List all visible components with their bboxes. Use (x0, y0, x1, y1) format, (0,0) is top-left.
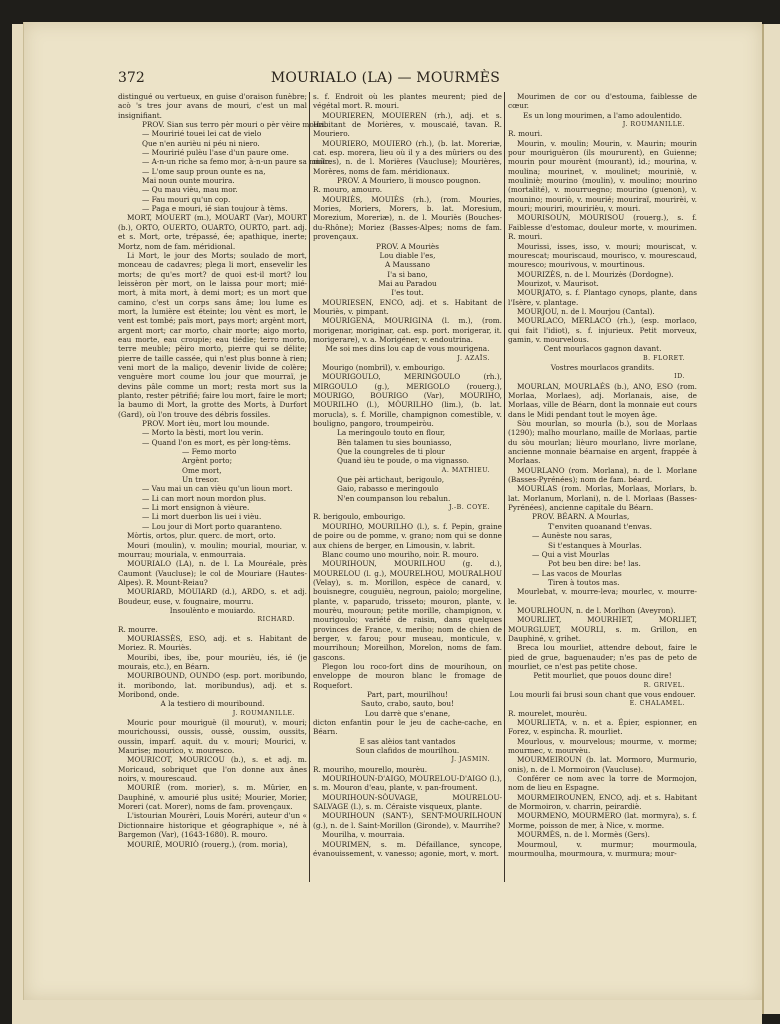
verse-line: Pot beu ben dire: be! las. (508, 559, 697, 568)
dictionary-entry: L'istourian Mourèri, Louis Moréri, auteu… (118, 811, 307, 839)
verse-line: — Li mort ensignon à vièure. (118, 503, 307, 512)
verse-line: — Lou jour di Mort porto quaranteno. (118, 522, 307, 531)
dictionary-entry: MOURIHOUN, MOURILHOU (g. d.), MOURELOU (… (313, 559, 502, 662)
verse-line: I'es tout. (313, 288, 502, 297)
citation-author: B. FLORET. (508, 354, 697, 363)
dictionary-entry: R. mouri. (508, 129, 697, 138)
citation-author: A. MATHIEU. (313, 466, 502, 475)
verse-line: Mai noun ounte mourira. (118, 176, 307, 185)
verse-line: E sas alèios tant vantados (313, 737, 502, 746)
verse-line: PROV. A Mouriès (313, 242, 502, 251)
dictionary-entry: MOURIALO (LA), n. de l. La Mouréale, prè… (118, 559, 307, 587)
dictionary-entry: Mourigo (nombril), v. embourigo. (313, 363, 502, 372)
dictionary-entry: Plegon lou roco-fort dins de mourihoun, … (313, 662, 502, 690)
verse-line: Que la coungreles de ti plour (313, 447, 502, 456)
dictionary-entry: MOURLHOUN, n. de l. Morlhon (Aveyron). (508, 606, 697, 615)
verse-line: — Qu mau vièu, mau mor. (118, 185, 307, 194)
dictionary-entry: MOURLAS (rom. Morlas, Morlaas, Morlars, … (508, 484, 697, 512)
verse-line: — L'ome saup proun ounte es na, (118, 167, 307, 176)
running-title: MOURIALO (LA) — MOURMÈS (271, 70, 500, 86)
verse-line: La meringoulo touto en flour, (313, 428, 502, 437)
dictionary-entry: Breca lou mourliet, attendre debout, fai… (508, 643, 697, 671)
dictionary-entry: MOURIÉ, MOURIÒ (rouerg.), (rom. moria), (118, 840, 307, 849)
verse-line: — Qui a vist Mourlas (508, 550, 697, 559)
dictionary-entry: MOURISOUN, MOURISOU (rouerg.), s. f. Fai… (508, 213, 697, 241)
text-column-2: s. f. Endroit où les plantes meurent; pi… (313, 92, 502, 858)
verse-line: — Aunèste nou saras, (508, 531, 697, 540)
verse-line: Lou diable l'es, (313, 251, 502, 260)
dictionary-entry: R. berigoulo, embourigo. (313, 512, 502, 521)
text-column-1: distingué ou vertueux, en guise d'oraiso… (118, 92, 307, 849)
dictionary-entry: Mouric pour mouriguè (il mourut), v. mou… (118, 718, 307, 755)
dictionary-entry: Mourizot, v. Maurisot. (508, 279, 697, 288)
verse-line: Insoulènto e mouiardo. (118, 606, 307, 615)
verse-line: N'en coumpanson lou rebalun. (313, 494, 502, 503)
verse-line: — Morto la bèsti, mort lou verin. (118, 428, 307, 437)
dictionary-entry: MOURIZÈS, n. de l. Mourizès (Dordogne). (508, 270, 697, 279)
dictionary-entry: MOURICOT, MOURICOU (b.), s. et adj. m. M… (118, 755, 307, 783)
dictionary-entry: MOURMEIROUN (b. lat. Mormoro, Murmurio, … (508, 755, 697, 774)
citation-author: ID. (508, 372, 697, 381)
verse-line: Petit mourliet, que pouos dounc dire! (508, 671, 697, 680)
verse-line: Ome mort, (118, 466, 307, 475)
dictionary-entry: MOURIASSÈS, ESO, adj. et s. Habitant de … (118, 634, 307, 653)
dictionary-entry: Mourimen de cor ou d'estouma, faiblesse … (508, 92, 697, 111)
verse-line: — Femo morto (118, 447, 307, 456)
dictionary-entry: R. mouriho, mourello, mourèu. (313, 765, 502, 774)
citation-author: J. AZAÏS. (313, 354, 502, 363)
dictionary-entry: MOURIHOUN (SANT-), SENT-MOURILHOUN (g.),… (313, 811, 502, 830)
dictionary-entry: Mourilha, v. mourraia. (313, 830, 502, 839)
verse-line: Que n'en aurièu ni péu ni niero. (118, 139, 307, 148)
dictionary-entry: Mòrtis, ortos, plur. querc. de mort, ort… (118, 531, 307, 540)
dictionary-entry: MOURIBOUND, OUNDO (esp. port. moribundo,… (118, 671, 307, 699)
verse-line: — Las vacos de Mourlas (508, 569, 697, 578)
dictionary-entry: Mouribi, ibes, ibe, pour mourièu, iés, i… (118, 653, 307, 672)
dictionary-entry: dicton enfantin pour le jeu de cache-cac… (313, 718, 502, 737)
dictionary-entry: MOURLIET, MOURHIET, MORLIET, MOURGLUET, … (508, 615, 697, 643)
dictionary-entry: MOURIMEN, s. m. Défaillance, syncope, év… (313, 840, 502, 859)
verse-line: — Mouririé pulèu l'ase d'un paure ome. (118, 148, 307, 157)
verse-line: — Paga e mouri, ié sian toujour à tèms. (118, 204, 307, 213)
verse-line: — Li mort duerbon lis uei i vièu. (118, 512, 307, 521)
verse-line: T'enviten quoanand t'envas. (508, 522, 697, 531)
dictionary-entry: Conférer ce nom avec la torre de Mormojo… (508, 774, 697, 793)
dictionary-entry: MOURIESEN, ENCO, adj. et s. Habitant de … (313, 298, 502, 317)
dictionary-entry: MOURIHOUN-D'AIGO, MOURELOU-D'AIGO (l.), … (313, 774, 502, 793)
verse-line: Sauto, crabo, sauto, bou! (313, 699, 502, 708)
dictionary-entry: Li Mort, le jour des Morts; soulado de m… (118, 251, 307, 419)
verse-line: — Quand l'on es mort, es pèr long-tèms. (118, 438, 307, 447)
dictionary-entry: R. mourelet, mourèu. (508, 709, 697, 718)
verse-line: Vostres mourlacos grandits. (508, 363, 697, 372)
verse-line: Tiren à toutos mas. (508, 578, 697, 587)
verse-line: PROV. Sian sus terro pèr mouri o pèr vèi… (118, 120, 307, 129)
dictionary-entry: MOURIGOULO, MERINGOULO (rh.), MIRGOULO (… (313, 372, 502, 428)
dictionary-entry: MOURIHO, MOURILHO (l.), s. f. Pepin, gra… (313, 522, 502, 550)
verse-line: — Vau mai un can vièu qu'un lioun mort. (118, 484, 307, 493)
dictionary-entry: MOURJATO, s. f. Plantago cynops, plante,… (508, 288, 697, 307)
dictionary-entry: Mourmoul, v. murmur; mourmoula, mourmoul… (508, 840, 697, 859)
dictionary-entry: MOURIHOUN-SÒUVAGE, MOURELOU-SALVAGE (l.)… (313, 793, 502, 812)
verse-line: — Fau mouri qu'un cop. (118, 195, 307, 204)
page-header: 372 MOURIALO (LA) — MOURMÈS (118, 70, 500, 90)
citation-author: E. CHALAMEL. (508, 699, 697, 708)
dictionary-entry: MOURMÈS, n. de l. Mormès (Gers). (508, 830, 697, 839)
verse-line: — Mouririé touei lei cat de vielo (118, 129, 307, 138)
dictionary-entry: MOURIERO, MOUIERO (rh.), (b. lat. Moreri… (313, 139, 502, 176)
dictionary-entry: R. mourre. (118, 625, 307, 634)
verse-line: — Li can mort noun mordon plus. (118, 494, 307, 503)
column-divider (309, 92, 310, 882)
dictionary-entry: MOURJOU, n. de l. Mourjou (Cantal). (508, 307, 697, 316)
verse-line: Si t'estanques à Mourlas. (508, 541, 697, 550)
verse-line: — A-n-un riche sa femo mor, à-n-un paure… (118, 157, 307, 166)
verse-line: PROV. BÉARN. A Mourlas, (508, 512, 697, 521)
column-divider (504, 92, 505, 882)
next-page-edge (762, 24, 780, 1014)
dictionary-entry: MOURIEREN, MOUIEREN (rh.), adj. et s. Ha… (313, 111, 502, 139)
verse-line: Bèn talamen tu sies bouniasso, (313, 438, 502, 447)
verse-line: Lou mourli fai brusi soun chant que vous… (508, 690, 697, 699)
dictionary-entry: MOURLANO (rom. Morlana), n. de l. Morlan… (508, 466, 697, 485)
citation-author: J.-B. COYE. (313, 503, 502, 512)
verse-line: Part, part, mourilhou! (313, 690, 502, 699)
verse-line: A Maussano (313, 260, 502, 269)
dictionary-entry: s. f. Endroit où les plantes meurent; pi… (313, 92, 502, 111)
citation-author: J. ROUMANILLE. (508, 120, 697, 129)
text-column-3: Mourimen de cor ou d'estouma, faiblesse … (508, 92, 697, 858)
dictionary-entry: Mourlous, v. mourvelous; mourme, v. morm… (508, 737, 697, 756)
verse-line: Lou darrè que s'enane, (313, 709, 502, 718)
dictionary-entry: MORT, MOUERT (m.), MOUART (Var), MOURT (… (118, 213, 307, 250)
dictionary-entry: MOURLIETA, v. n. et a. Épier, espionner,… (508, 718, 697, 737)
verse-line: Soun clafidos de mourilhou. (313, 746, 502, 755)
verse-line: I'a si bano, (313, 270, 502, 279)
dictionary-entry: MOURIÉ (rom. morier), s. m. Mûrier, en D… (118, 783, 307, 811)
verse-line: Gaio, rabasso e meringoulo (313, 484, 502, 493)
citation-author: J. JASMIN. (313, 755, 502, 764)
verse-line: Cent mourlacos gagnon davant. (508, 344, 697, 353)
dictionary-entry: MOURLAN, MOURLAÉS (b.), ANO, ESO (rom. M… (508, 382, 697, 419)
verse-line: Un tresor. (118, 475, 307, 484)
dictionary-entry: MOURIÈS, MOUIÈS (rh.), (rom. Mouries, Mo… (313, 195, 502, 242)
verse-line: Me soi mes dins lou cap de vous mourigen… (313, 344, 502, 353)
page-number: 372 (118, 70, 145, 86)
dictionary-entry: Mourissi, isses, isso, v. mouri; mourisc… (508, 242, 697, 270)
citation-author: RICHARD. (118, 615, 307, 624)
dictionary-entry: MOURMENO, MOURMERO (lat. mormyra), s. f.… (508, 811, 697, 830)
dictionary-entry: Sòu mourlan, so mourla (b.), sou de Morl… (508, 419, 697, 466)
citation-author: J. ROUMANILLE. (118, 709, 307, 718)
verse-line: Argènt porto; (118, 456, 307, 465)
dictionary-entry: Mourin, v. moulin; Mourin, v. Maurin; mo… (508, 139, 697, 214)
verse-line: A la testiero di mouribound. (118, 699, 307, 708)
citation-author: R. GRIVEL. (508, 681, 697, 690)
dictionary-entry: MOURLACO, MERLACO (rh.), (esp. morlaco, … (508, 316, 697, 344)
dictionary-entry: distingué ou vertueux, en guise d'oraiso… (118, 92, 307, 120)
dictionary-entry: R. mouro, amouro. (313, 185, 502, 194)
dictionary-entry: MOURMEIROUNEN, ENCO, adj. et s. Habitant… (508, 793, 697, 812)
verse-line: Que pèi artichaut, berigoulo, (313, 475, 502, 484)
verse-line: Mai au Paradou (313, 279, 502, 288)
verse-line: Es un long mourimen, a l'amo adoulentido… (508, 111, 697, 120)
verse-line: PROV. Mort ièu, mort lou mounde. (118, 419, 307, 428)
dictionary-entry: MOURIGENA, MOURIGINA (l. m.), (rom. mori… (313, 316, 502, 344)
verse-line: PROV. A Mouriero, li mousco pougnon. (313, 176, 502, 185)
verse-line: Quand ièu te poude, o ma vignasso. (313, 456, 502, 465)
dictionary-entry: Mouri (moulin), v. moulin; mourial, mour… (118, 541, 307, 560)
dictionary-entry: MOURIARD, MOUIARD (d.), ARDO, s. et adj.… (118, 587, 307, 606)
dictionary-entry: Mourlebat, v. mourre-leva; mourlec, v. m… (508, 587, 697, 606)
dictionary-entry: Blanc coumo uno mouriho, noir. R. mouro. (313, 550, 502, 559)
